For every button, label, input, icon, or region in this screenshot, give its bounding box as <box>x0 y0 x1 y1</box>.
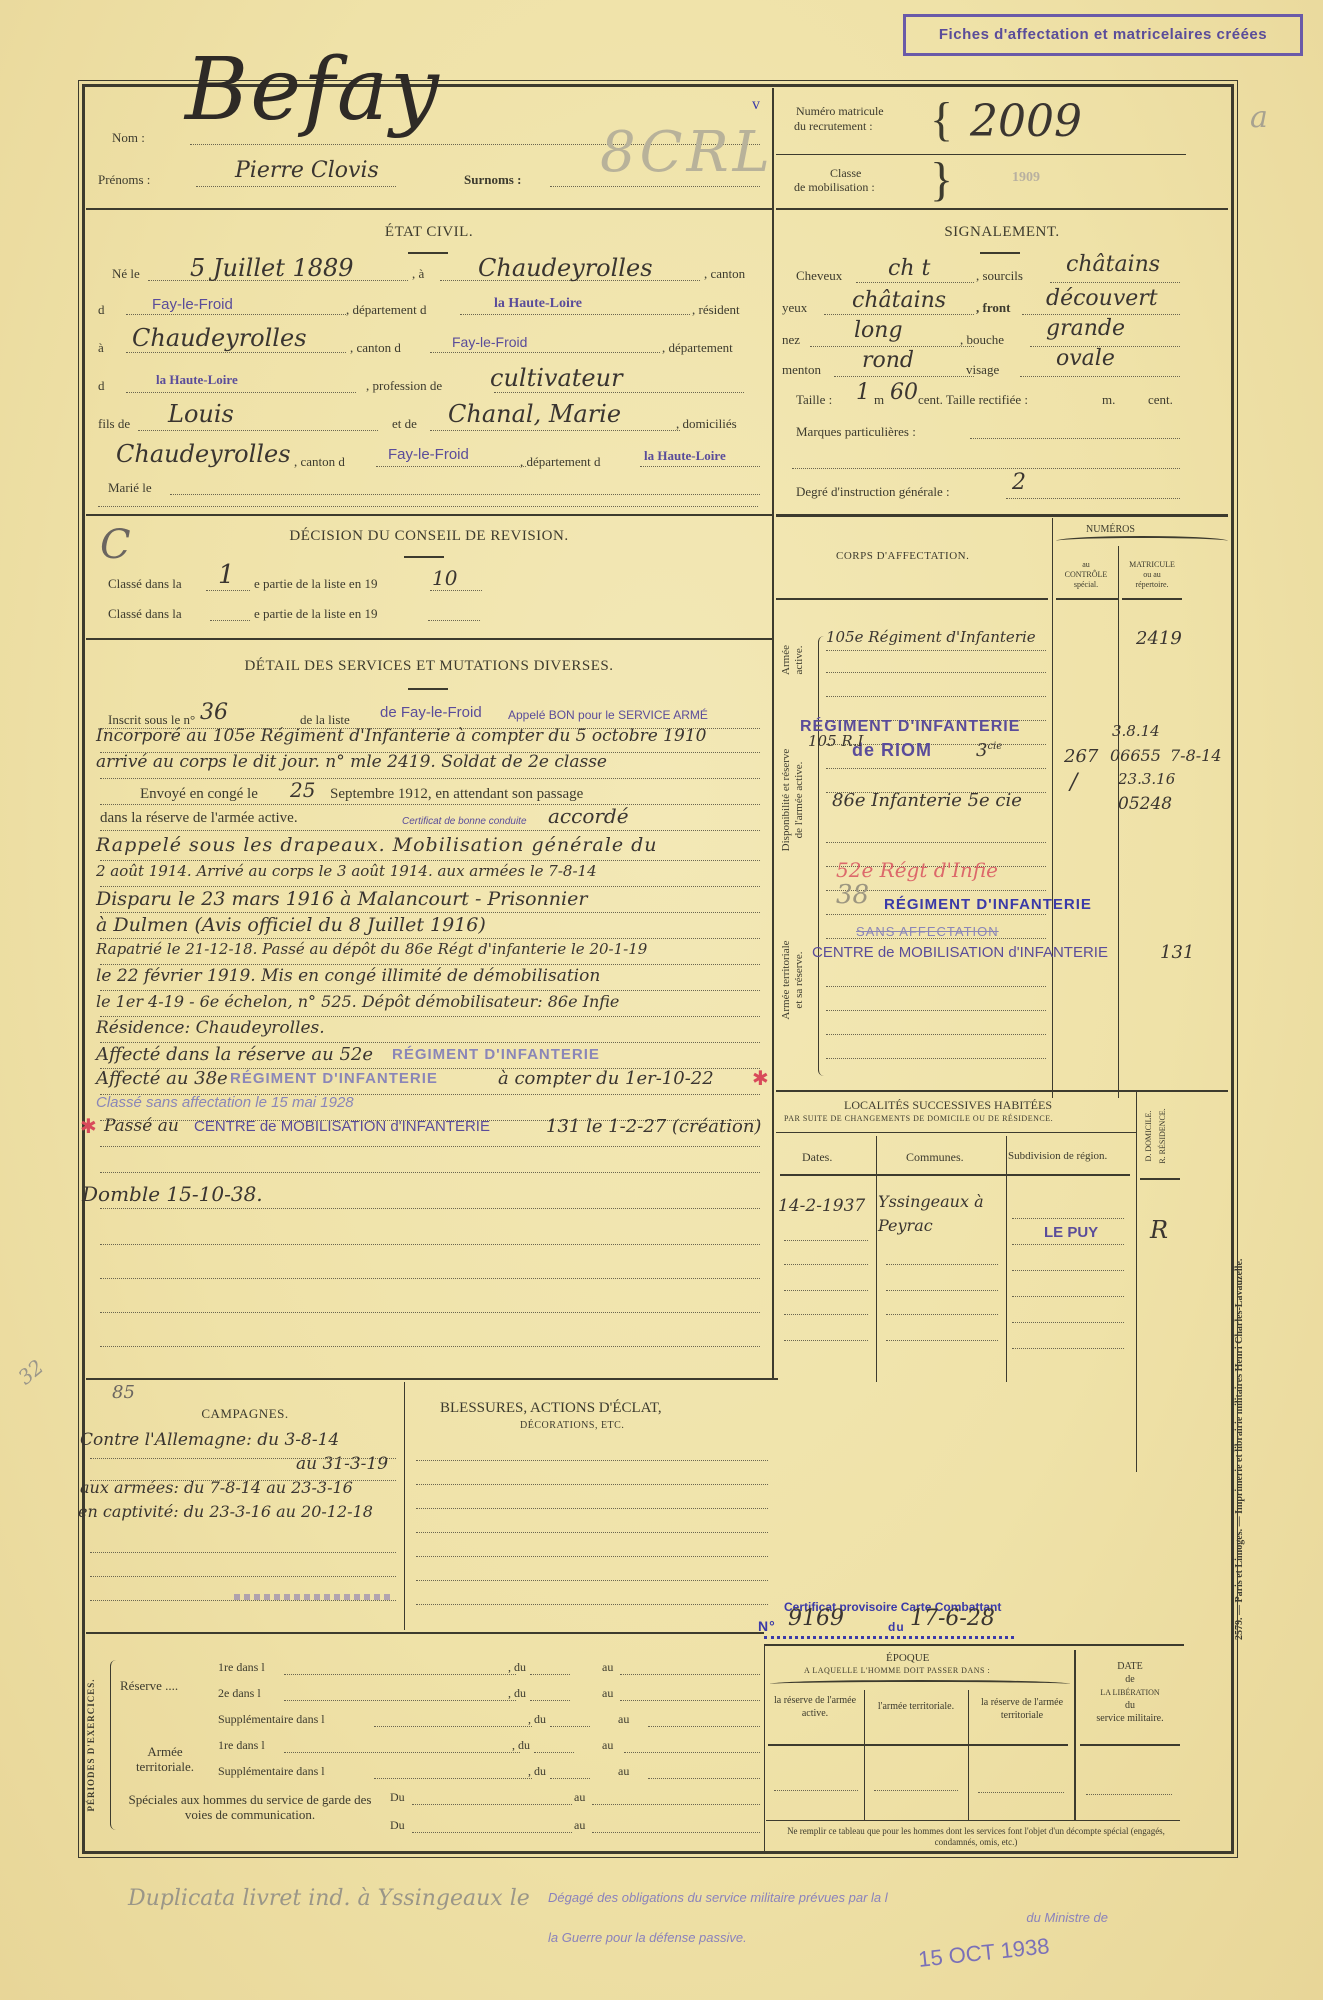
au-label: au <box>574 1790 585 1805</box>
line <box>100 1312 760 1313</box>
side-disponibilite: Disponibilité et réserve de l'armée acti… <box>780 710 806 890</box>
conge-label-continued: Septembre 1912, en attendant son passage <box>330 786 583 803</box>
numeros-header: NUMÉROS <box>1086 524 1135 535</box>
header-line: D. DOMICILE. <box>1142 1096 1156 1176</box>
pencil-note: 8CRL <box>600 120 774 185</box>
header-line: CONTRÔLE <box>1054 570 1118 580</box>
line <box>100 1042 760 1043</box>
col-divider <box>1006 1136 1007 1382</box>
header-line: spécial. <box>1054 580 1118 590</box>
stamp-line: la Guerre pour la défense passive. <box>548 1928 1148 1948</box>
blessures-title: BLESSURES, ACTIONS D'ÉCLAT, <box>440 1400 662 1417</box>
departement-label: , département <box>662 340 733 356</box>
line <box>792 468 1180 469</box>
line <box>1012 1218 1124 1219</box>
line <box>624 1752 760 1753</box>
col-dates: Dates. <box>802 1150 832 1165</box>
divider <box>776 1090 1228 1092</box>
surnoms-label: Surnoms : <box>464 172 521 188</box>
cheveux-label: Cheveux <box>796 268 842 284</box>
stamp-de-riom: de RIOM <box>852 740 932 761</box>
localite-dr: R <box>1150 1216 1168 1244</box>
localite-subdivision: LE PUY <box>1044 1224 1098 1241</box>
service-note: Rappelé sous les drapeaux. Mobilisation … <box>96 834 658 856</box>
divider <box>86 638 772 640</box>
line <box>90 1600 396 1601</box>
front-value: découvert <box>1046 286 1158 311</box>
line <box>534 1752 574 1753</box>
line <box>530 1674 570 1675</box>
stamp-sans-affectation: SANS AFFECTATION <box>856 924 999 939</box>
au-label: au <box>574 1818 585 1833</box>
corps-38-number: 38 <box>836 880 869 910</box>
taille-m-label: m <box>874 392 884 408</box>
classe-label-2: de mobilisation : <box>794 180 875 195</box>
divider <box>1080 1744 1180 1746</box>
line <box>1012 1270 1124 1271</box>
line <box>100 1016 760 1017</box>
line <box>856 282 974 283</box>
header-line: de <box>1078 1673 1182 1686</box>
periode-label: Du <box>390 1818 405 1833</box>
faded-stamp <box>234 1594 394 1600</box>
lieu-naissance: Chaudeyrolles <box>478 254 653 282</box>
du-label: , du <box>528 1712 546 1727</box>
line <box>100 964 760 965</box>
line <box>100 1278 760 1279</box>
canton-naissance: Fay-le-Froid <box>152 296 233 313</box>
marie-label: Marié le <box>108 480 152 496</box>
brace-epoque <box>770 1680 1070 1688</box>
centre-number-131: 131 <box>1160 942 1194 963</box>
line <box>826 842 1046 843</box>
line <box>284 1674 516 1675</box>
divider <box>86 514 772 516</box>
au-label: au <box>602 1738 613 1753</box>
side-line: de l'armée active. <box>793 710 806 890</box>
line <box>430 352 660 353</box>
campagne-line: en captivité: du 23-3-16 au 20-12-18 <box>78 1502 373 1521</box>
taille-cm-value: 60 <box>890 380 918 405</box>
line <box>374 1726 532 1727</box>
stamp-fiches-creees: Fiches d'affectation et matricelaires cr… <box>903 14 1303 56</box>
certificat-date: 17-6-28 <box>910 1606 995 1631</box>
speciales-label: Spéciales aux hommes du service de garde… <box>120 1792 380 1822</box>
classe-sans-affectation: Classé sans affectation le 15 mai 1928 <box>96 1094 354 1111</box>
line <box>550 1778 590 1779</box>
line <box>90 1480 396 1481</box>
line <box>874 1790 958 1791</box>
canton-label: , canton <box>704 266 745 282</box>
title-dash <box>408 688 448 690</box>
divider <box>766 1820 1180 1821</box>
line <box>90 1458 396 1459</box>
line <box>640 466 760 467</box>
service-note: Disparu le 23 mars 1916 à Malancourt - P… <box>96 888 587 910</box>
date-3-8-14: 3.8.14 <box>1112 722 1160 740</box>
stamp-line: Dégagé des obligations du service milita… <box>548 1888 1148 1908</box>
side-line: Armée <box>780 620 793 700</box>
divider <box>776 154 1186 155</box>
m-label: m. <box>1102 392 1115 408</box>
a-label: , à <box>412 266 424 282</box>
service-note: Domble 15-10-38. <box>82 1182 263 1206</box>
instruction-label: Degré d'instruction générale : <box>796 484 950 500</box>
periode-label: Du <box>390 1790 405 1805</box>
line <box>826 650 1046 651</box>
instruction-value: 2 <box>1012 470 1026 495</box>
line <box>530 1700 570 1701</box>
territoriale-label: Armée territoriale. <box>120 1744 210 1774</box>
blue-check-mark: v <box>752 96 760 114</box>
localites-subtitle: PAR SUITE DE CHANGEMENTS DE DOMICILE OU … <box>784 1114 1053 1123</box>
epoque-title: ÉPOQUE <box>886 1652 929 1664</box>
service-note: Affecté dans la réserve au 52e <box>96 1044 373 1065</box>
blank-line <box>98 506 758 507</box>
line <box>126 392 356 393</box>
line <box>1012 1348 1124 1349</box>
nom-value: Befay <box>185 40 441 140</box>
line <box>648 1726 760 1727</box>
header-line: ou au <box>1120 570 1184 580</box>
red-asterisk: ✱ <box>752 1066 769 1091</box>
line <box>430 590 482 591</box>
campagnes-title: CAMPAGNES. <box>86 1406 404 1422</box>
visage-label: visage <box>966 362 999 378</box>
line <box>784 1314 868 1315</box>
mere: Chanal, Marie <box>448 400 621 428</box>
certificat-value: accordé <box>548 804 629 828</box>
side-line: active. <box>793 620 806 700</box>
date-7-8-14: 7-8-14 <box>1170 746 1222 765</box>
periode-label: 1re dans l <box>218 1660 265 1675</box>
certificat-dotted <box>764 1636 1014 1639</box>
date-23-3-16: 23.3.16 <box>1118 770 1175 788</box>
service-note: le 22 février 1919. Mis en congé illimit… <box>96 966 600 986</box>
partie-label: e partie de la liste en 19 <box>254 606 377 622</box>
col-divider <box>764 1644 765 1854</box>
line <box>784 1240 868 1241</box>
compagnie-3: 3cie <box>976 740 1002 761</box>
prenoms-label: Prénoms : <box>98 172 150 188</box>
profession-label: , profession de <box>366 378 442 394</box>
line <box>126 352 346 353</box>
line <box>1006 498 1180 499</box>
title-dash <box>408 252 448 254</box>
line <box>416 1580 768 1581</box>
epoque-col-territoriale: l'armée territoriale. <box>868 1700 964 1713</box>
side-line: et sa réserve. <box>793 900 806 1060</box>
line <box>620 1674 760 1675</box>
conge-date: 25 <box>290 778 315 802</box>
divider <box>86 1632 764 1634</box>
canton-residence: Fay-le-Froid <box>452 334 527 350</box>
divider <box>776 516 1228 517</box>
service-note: Rapatrié le 21-12-18. Passé au dépôt du … <box>96 940 647 958</box>
side-line: Disponibilité et réserve <box>780 710 793 890</box>
au-label: au <box>602 1660 613 1675</box>
divider <box>768 1744 1068 1746</box>
service-note: à Dulmen (Avis officiel du 8 Juillet 191… <box>96 914 486 936</box>
partie-label: e partie de la liste en 19 <box>254 576 377 592</box>
appele-bon-stamp: Appelé BON pour le SERVICE ARMÉ <box>508 708 708 722</box>
dr-header: D. DOMICILE. R. RÉSIDENCE. <box>1142 1096 1170 1176</box>
line <box>284 1752 520 1753</box>
line <box>284 1700 516 1701</box>
departement-naissance: la Haute-Loire <box>494 296 582 312</box>
line <box>100 830 760 831</box>
line <box>886 1290 998 1291</box>
line <box>100 1172 760 1173</box>
line <box>648 1778 760 1779</box>
surnoms-line <box>550 186 760 187</box>
col-divider <box>876 1136 877 1382</box>
line <box>1020 376 1180 377</box>
service-note: Passé au <box>104 1116 179 1136</box>
menton-label: menton <box>782 362 821 378</box>
line <box>592 1832 760 1833</box>
line <box>784 1290 868 1291</box>
brace-matricule: { <box>930 92 953 147</box>
divider <box>780 1174 1130 1176</box>
service-line-2: arrivé au corps le dit jour. n° mle 2419… <box>96 752 607 772</box>
matricule-value: 2009 <box>970 96 1082 147</box>
yeux-label: yeux <box>782 300 807 316</box>
matricule-05248: 05248 <box>1118 794 1172 814</box>
localite-commune: Yssingeaux à Peyrac <box>878 1190 998 1238</box>
brace-numeros <box>1056 536 1228 546</box>
line <box>100 860 760 861</box>
periode-label: 1re dans l <box>218 1738 265 1753</box>
header-line: LA LIBÉRATION <box>1078 1686 1182 1699</box>
classe-partie-value: 1 <box>218 560 235 590</box>
line <box>460 314 690 315</box>
line <box>376 466 526 467</box>
line <box>100 1244 760 1245</box>
header-line: au <box>1054 560 1118 570</box>
line <box>592 1804 760 1805</box>
line <box>100 778 760 779</box>
matricule-06655: 06655 <box>1110 746 1161 765</box>
line <box>416 1532 768 1533</box>
epoque-col-reserve-active: la réserve de l'armée active. <box>768 1694 862 1720</box>
line <box>826 1010 1046 1011</box>
defense-passive-stamp: Dégagé des obligations du service milita… <box>548 1888 1148 1948</box>
col-communes: Communes. <box>906 1150 964 1165</box>
line <box>90 1576 396 1577</box>
ne-le-label: Né le <box>112 266 140 282</box>
line <box>810 346 974 347</box>
du-label: , du <box>508 1686 526 1701</box>
line <box>886 1314 998 1315</box>
corps-105-ri: 105 R.I <box>808 732 863 750</box>
line <box>374 1778 532 1779</box>
line <box>100 1146 760 1147</box>
divider <box>776 1132 1136 1133</box>
date-naissance: 5 Juillet 1889 <box>190 254 354 282</box>
cent-label: cent. <box>1148 392 1173 408</box>
service-note: le 1er 4-19 - 6e échelon, n° 525. Dépôt … <box>96 992 619 1011</box>
du-label: , du <box>512 1738 530 1753</box>
service-note: à compter du 1er-10-22 <box>498 1068 714 1089</box>
col-matricule-header: MATRICULE ou au répertoire. <box>1120 560 1184 590</box>
resident-label: , résident <box>692 302 740 318</box>
line <box>100 912 760 913</box>
line <box>100 990 760 991</box>
epoque-subtitle: A LAQUELLE L'HOMME DOIT PASSER DANS : <box>804 1666 990 1675</box>
au-label: au <box>618 1764 629 1779</box>
classe-label-1: Classe <box>830 166 861 181</box>
line <box>100 1208 760 1209</box>
line <box>550 1726 590 1727</box>
campagne-line: Contre l'Allemagne: du 3-8-14 <box>80 1430 339 1450</box>
etat-civil-title: ÉTAT CIVIL. <box>86 224 772 241</box>
cheveux-value: ch t <box>888 256 930 281</box>
du-label: , du <box>508 1660 526 1675</box>
fils-label: fils de <box>98 416 130 432</box>
line <box>412 1832 572 1833</box>
stamp-regiment-38: RÉGIMENT D'INFANTERIE <box>884 896 1092 913</box>
line <box>416 1508 768 1509</box>
col-divider <box>864 1690 865 1820</box>
matricule-2419: 2419 <box>1136 628 1182 649</box>
services-title: DÉTAIL DES SERVICES ET MUTATIONS DIVERSE… <box>86 658 772 675</box>
divider <box>1122 598 1182 600</box>
canton-d-label: , canton d <box>350 340 401 356</box>
title-dash <box>404 556 444 558</box>
line <box>416 1604 768 1605</box>
col-controle-header: au CONTRÔLE spécial. <box>1054 560 1118 590</box>
sourcils-value: châtains <box>1066 252 1160 277</box>
line <box>1086 1794 1172 1795</box>
header-line: MATRICULE <box>1120 560 1184 570</box>
line <box>826 672 1046 673</box>
blessures-subtitle: DÉCORATIONS, ETC. <box>520 1420 624 1431</box>
classe-label: Classé dans la <box>108 576 182 592</box>
line <box>210 620 250 621</box>
du-label: , du <box>528 1764 546 1779</box>
corps-86: 86e Infanterie 5e cie <box>832 790 1022 811</box>
line <box>826 986 1046 987</box>
line <box>826 914 1046 915</box>
header-line: DATE <box>1078 1660 1182 1673</box>
conseil-title: DÉCISION DU CONSEIL DE REVISION. <box>86 528 772 545</box>
line <box>416 1484 768 1485</box>
corps-105: 105e Régiment d'Infanterie <box>826 628 1036 646</box>
signalement-title: SIGNALEMENT. <box>776 224 1228 241</box>
brace-classe: } <box>930 152 953 207</box>
reserve-label: Réserve .... <box>120 1678 178 1694</box>
divider <box>776 208 1228 210</box>
departement-label: , département d <box>346 302 427 318</box>
departement-residence: la Haute-Loire <box>156 372 238 388</box>
red-asterisk: ✱ <box>80 1114 97 1139</box>
side-line: Armée territoriale <box>780 900 793 1060</box>
epoque-note: Ne remplir ce tableau que pour les homme… <box>774 1826 1178 1848</box>
sourcils-label: , sourcils <box>976 268 1023 284</box>
side-armee-active: Armée active. <box>780 620 806 700</box>
line <box>978 1792 1064 1793</box>
stamp-line: du Ministre de <box>548 1908 1148 1928</box>
prenoms-value: Pierre Clovis <box>235 158 379 183</box>
stamp-regiment: RÉGIMENT D'INFANTERIE <box>230 1070 438 1087</box>
line <box>826 1058 1046 1059</box>
line <box>100 886 760 887</box>
bouche-label: , bouche <box>960 332 1004 348</box>
certificat-number: 9169 <box>788 1606 844 1631</box>
taille-label: Taille : <box>796 392 832 408</box>
col-divider <box>1052 518 1053 1098</box>
localite-date: 14-2-1937 <box>778 1196 865 1216</box>
yeux-value: châtains <box>852 288 946 313</box>
visage-value: ovale <box>1056 346 1115 371</box>
date-liberation-header: DATE de LA LIBÉRATION du service militai… <box>1078 1660 1182 1725</box>
col-divider <box>1074 1650 1076 1820</box>
periode-label: Supplémentaire dans l <box>218 1712 325 1727</box>
col-subdivision: Subdivision de région. <box>1008 1150 1107 1162</box>
col-divider <box>404 1382 405 1630</box>
line <box>886 1340 998 1341</box>
marie-line <box>170 494 760 495</box>
line <box>416 1460 768 1461</box>
line <box>886 1264 998 1265</box>
col-divider <box>968 1690 969 1820</box>
line <box>826 768 1046 769</box>
stamp-text: Fiches d'affectation et matricelaires cr… <box>939 26 1267 43</box>
line <box>206 590 250 591</box>
certificat-label: Certificat de bonne conduite <box>402 816 527 827</box>
header-line: service militaire. <box>1078 1712 1182 1725</box>
header-line: répertoire. <box>1120 580 1184 590</box>
d-label: d <box>98 378 105 394</box>
taille-rectifiee-label: cent. Taille rectifiée : <box>918 392 1028 408</box>
divider <box>776 598 1048 600</box>
taille-m-value: 1 <box>856 380 870 405</box>
inscrit-number: 36 <box>200 700 228 725</box>
line <box>970 438 1180 439</box>
nez-value: long <box>854 318 903 343</box>
profession: cultivateur <box>490 364 623 392</box>
divider <box>86 1378 778 1380</box>
printer-credit: 2579. — Paris et Limoges. — Imprimerie e… <box>1234 1040 1245 1640</box>
periode-label: 2e dans l <box>218 1686 261 1701</box>
divider <box>764 1644 1184 1646</box>
side-territoriale: Armée territoriale et sa réserve. <box>780 900 806 1060</box>
front-label: , front <box>976 300 1010 316</box>
controle-267: 267 <box>1064 746 1098 767</box>
stamp-centre-mobilisation: CENTRE de MOBILISATION d'INFANTERIE <box>194 1118 490 1135</box>
line <box>1022 314 1180 315</box>
col-divider <box>1136 1092 1137 1472</box>
line <box>774 1790 858 1791</box>
liste-value: de Fay-le-Froid <box>380 704 482 721</box>
header-line: R. RÉSIDENCE. <box>1156 1096 1170 1176</box>
service-note: 131 le 1-2-27 (création) <box>546 1116 761 1137</box>
reserve-label: dans la réserve de l'armée active. <box>100 810 298 827</box>
service-note: Affecté au 38e <box>96 1068 228 1089</box>
col-divider <box>1118 546 1119 1098</box>
line <box>428 620 480 621</box>
divider <box>1056 598 1118 600</box>
campagne-line: au 31-3-19 <box>296 1454 388 1474</box>
line <box>620 1700 760 1701</box>
matricule-label-1: Numéro matricule <box>796 104 884 119</box>
a-label: à <box>98 340 104 356</box>
classe-year-value: 10 <box>432 566 457 590</box>
nom-label: Nom : <box>112 130 145 146</box>
line <box>834 376 974 377</box>
line <box>494 392 744 393</box>
